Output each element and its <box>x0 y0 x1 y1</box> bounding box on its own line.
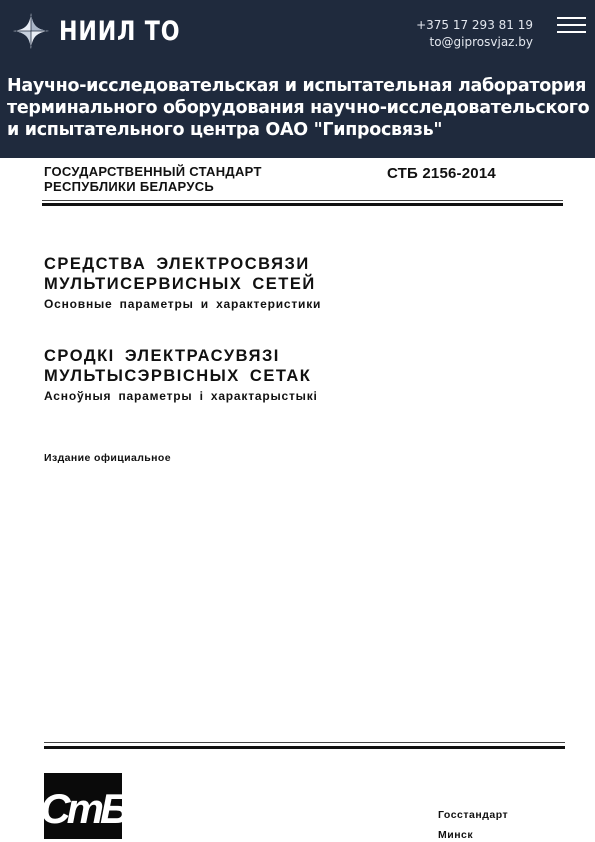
menu-bar <box>557 31 586 33</box>
gosstandart-logo-icon: СтБ <box>44 773 122 839</box>
standard-type-line1: ГОСУДАРСТВЕННЫЙ СТАНДАРТ <box>44 164 262 179</box>
divider <box>42 203 563 206</box>
logo-text: НИИЛ ТО <box>59 16 180 47</box>
standard-type-line2: РЕСПУБЛИКИ БЕЛАРУСЬ <box>44 179 262 194</box>
divider <box>44 746 565 749</box>
phone-link[interactable]: +375 17 293 81 19 <box>416 17 533 34</box>
star-logo-icon <box>12 12 50 50</box>
menu-bar <box>557 24 586 26</box>
title-ru-line2: МУЛЬТИСЕРВИСНЫХ СЕТЕЙ <box>44 274 321 294</box>
title-belarusian: СРОДКІ ЭЛЕКТРАСУВЯЗІ МУЛЬТЫСЭРВІСНЫХ СЕТ… <box>44 346 318 404</box>
publisher-city: Минск <box>438 825 508 842</box>
email-link[interactable]: to@giprosvjaz.by <box>416 34 533 51</box>
standard-code: СТБ 2156-2014 <box>387 165 496 182</box>
standard-cover-page: ГОСУДАРСТВЕННЫЙ СТАНДАРТ РЕСПУБЛИКИ БЕЛА… <box>0 158 595 842</box>
title-ru-line1: СРЕДСТВА ЭЛЕКТРОСВЯЗИ <box>44 254 321 274</box>
publisher-name: Госстандарт <box>438 805 508 825</box>
title-by-line1: СРОДКІ ЭЛЕКТРАСУВЯЗІ <box>44 346 318 366</box>
standard-type: ГОСУДАРСТВЕННЫЙ СТАНДАРТ РЕСПУБЛИКИ БЕЛА… <box>44 164 262 194</box>
menu-bar <box>557 17 586 19</box>
contacts: +375 17 293 81 19 to@giprosvjaz.by <box>416 17 533 51</box>
site-header: НИИЛ ТО +375 17 293 81 19 to@giprosvjaz.… <box>0 0 595 158</box>
title-russian: СРЕДСТВА ЭЛЕКТРОСВЯЗИ МУЛЬТИСЕРВИСНЫХ СЕ… <box>44 254 321 312</box>
publisher: Госстандарт Минск <box>438 805 508 842</box>
subtitle-by: Асноўныя параметры і характарыстыкі <box>44 388 318 404</box>
hamburger-menu-icon[interactable] <box>557 17 586 33</box>
title-by-line2: МУЛЬТЫСЭРВІСНЫХ СЕТАК <box>44 366 318 386</box>
svg-text:СтБ: СтБ <box>44 785 122 832</box>
divider <box>42 200 563 201</box>
edition-label: Издание официальное <box>44 452 171 464</box>
subtitle-ru: Основные параметры и характеристики <box>44 296 321 312</box>
site-logo[interactable]: НИИЛ ТО <box>12 12 207 50</box>
lab-title: Научно-исследовательская и испытательная… <box>7 75 592 141</box>
divider <box>44 742 565 743</box>
